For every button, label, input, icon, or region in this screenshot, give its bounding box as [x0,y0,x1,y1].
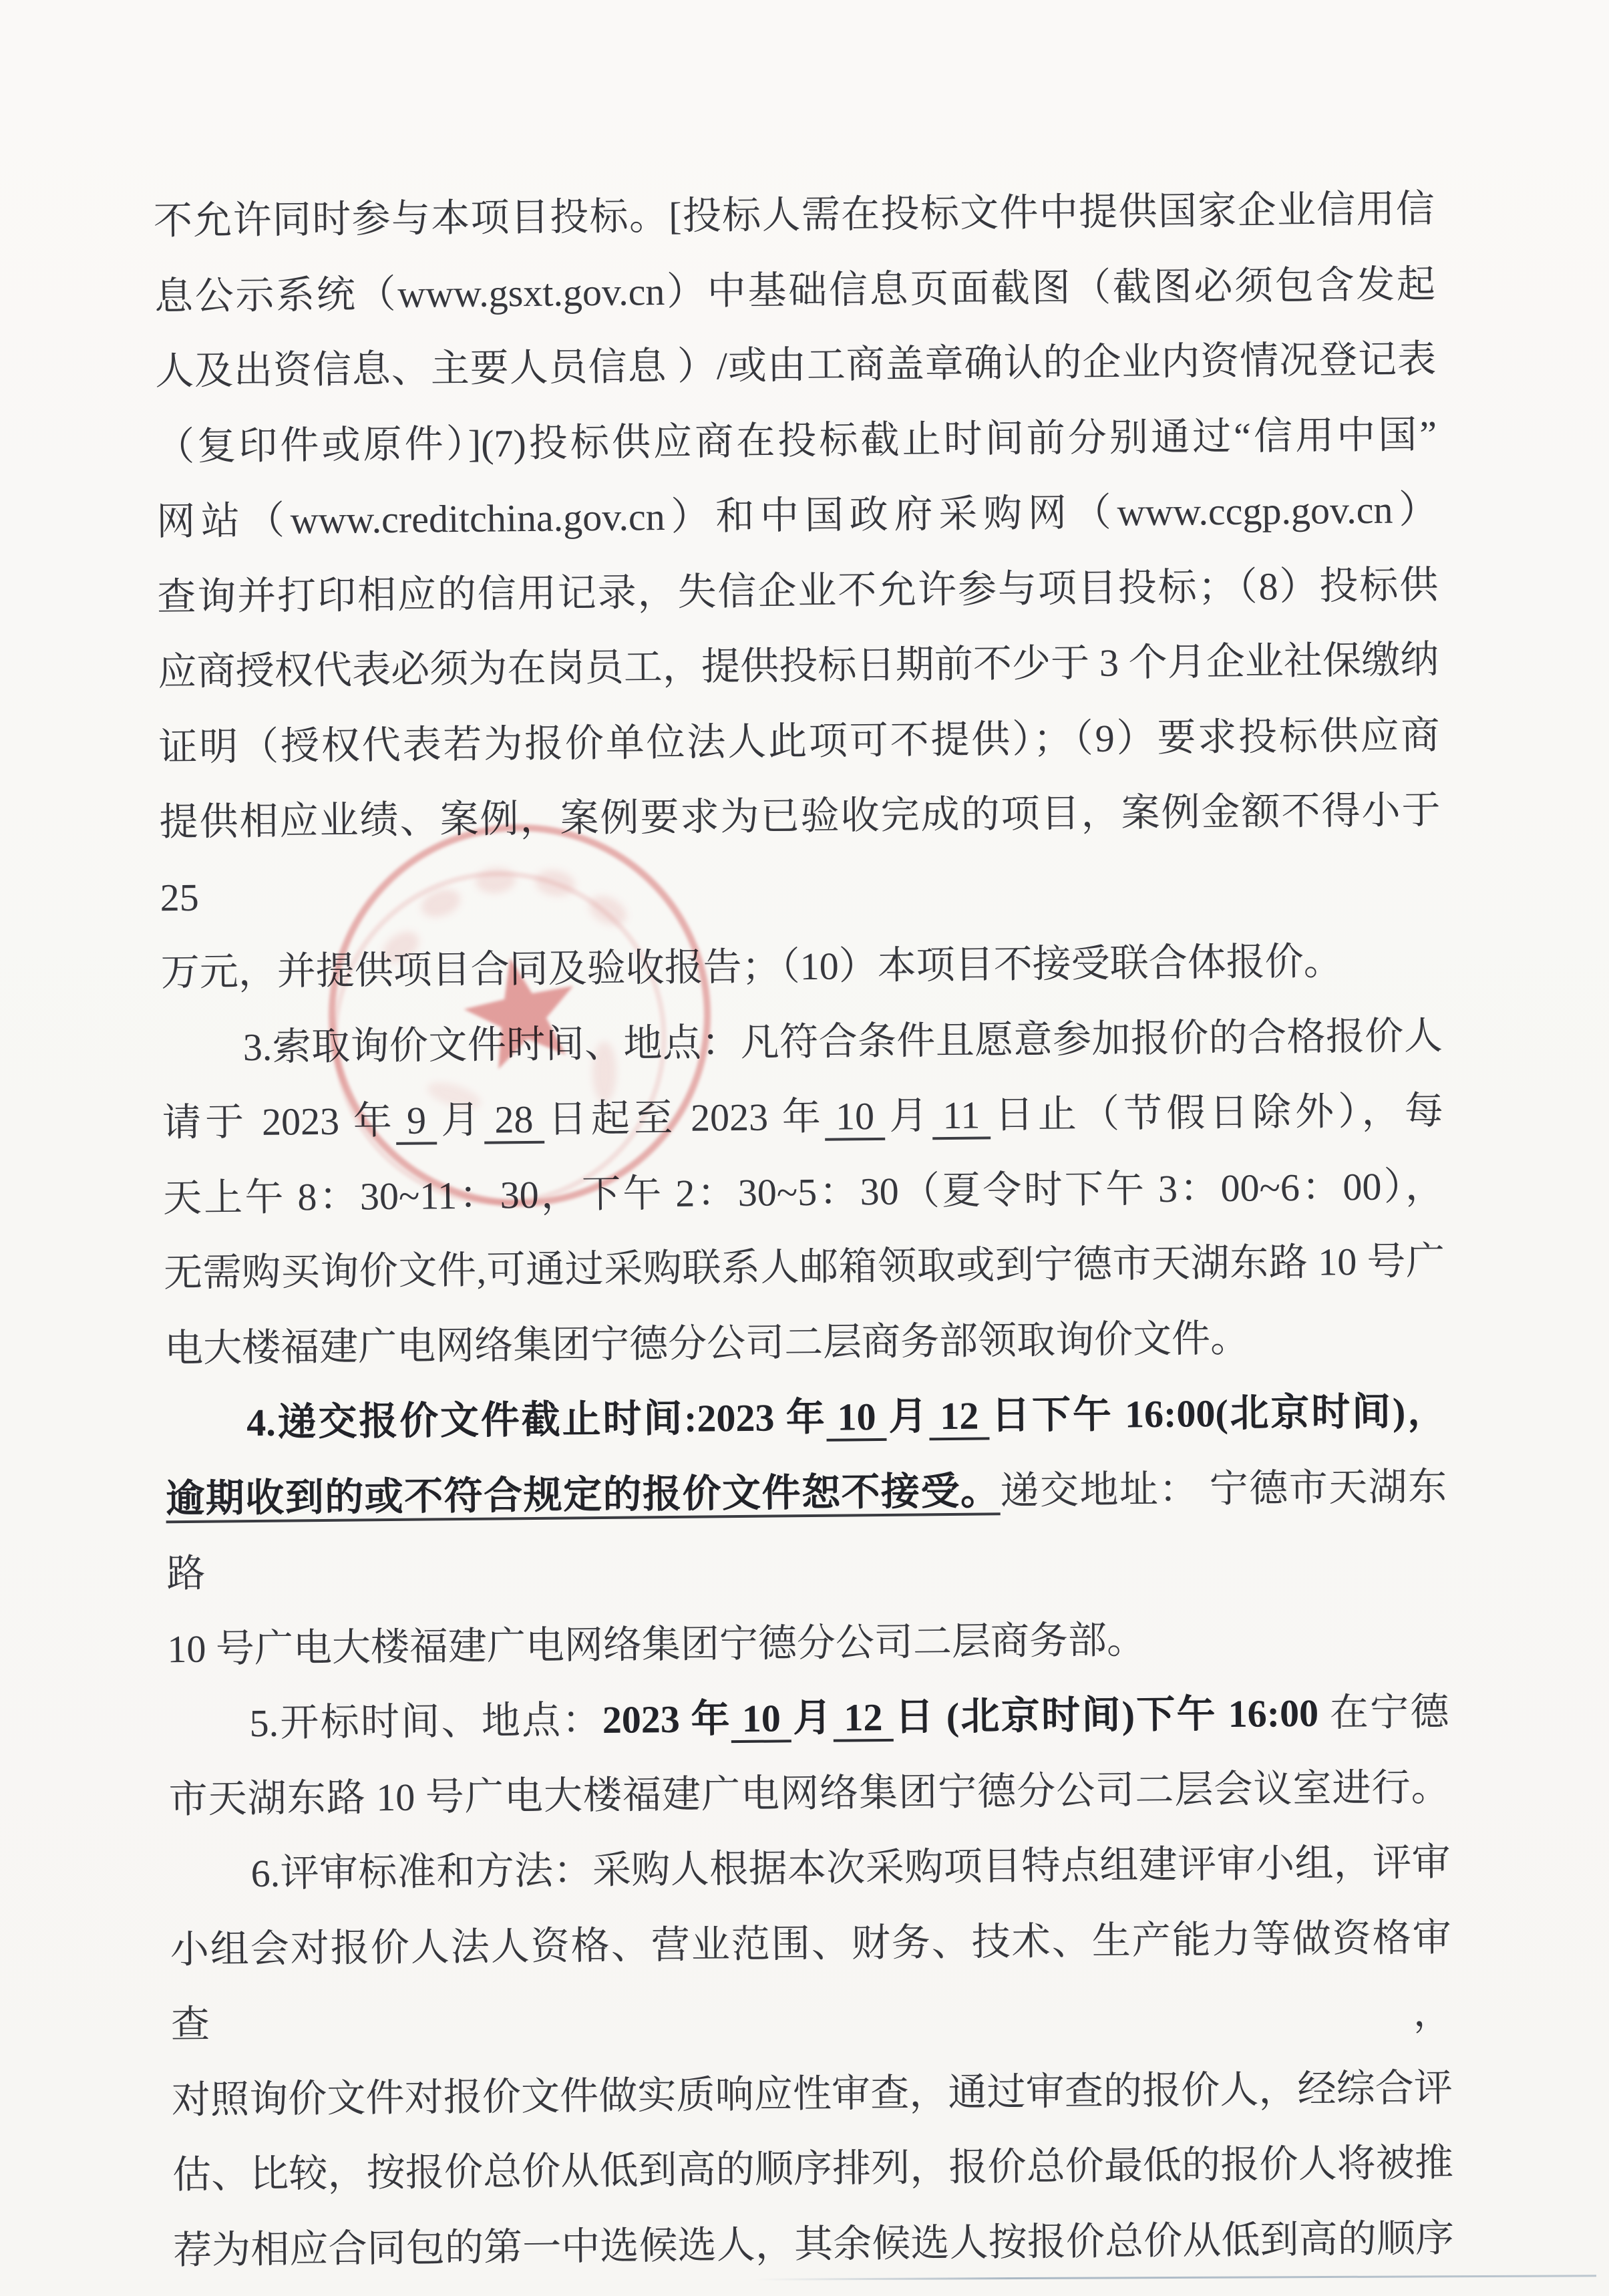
date-fill-blank: 9 [396,1098,437,1145]
text-segment: 小组会对报价人法人资格、营业范围、财务、技术、生产能力等做资格审查， [170,1915,1452,2046]
document-line: 荐为相应合同包的第一中选候选人，其余候选人按报价总价从低到高的顺序 [173,2200,1455,2288]
document-line: 人及出资信息、主要人员信息 ）/或由工商盖章确认的企业内资情况登记表 [155,322,1437,409]
document-line: 6.评审标准和方法：采购人根据本次采购项目特点组建评审小组，评审 [169,1825,1451,1913]
text-segment: 天上午 8：30~11：30，下午 2：30~5：30（夏令时下午 3：00~6… [163,1164,1445,1219]
document-line: 请于 2023 年9月28日起至 2023 年10月11日止（节假日除外），每 [162,1074,1443,1161]
text-segment: 月 [886,1394,929,1438]
text-segment: 月 [437,1098,484,1142]
document-line: 逾期收到的或不符合规定的报价文件恕不接受。递交地址： 宁德市天湖东路 [166,1449,1448,1611]
text-segment: 6.评审标准和方法：采购人根据本次采购项目特点组建评审小组，评审 [250,1840,1451,1895]
text-segment: 万元，并提供项目合同及验收报告；（10）本项目不接受联合体报价。 [160,939,1343,994]
text-segment: 逾期收到的或不符合规定的报价文件恕不接受。 [166,1469,1001,1520]
text-segment: 证明（授权代表若为报价单位法人此项可不提供）；（9）要求投标供应商 [158,713,1440,768]
text-segment: 3.索取询价文件时间、地点：凡符合条件且愿意参加报价的合格报价人 [243,1013,1443,1068]
document-line: 证明（授权代表若为报价单位法人此项可不提供）；（9）要求投标供应商 [158,697,1440,785]
text-segment: 荐为相应合同包的第一中选候选人，其余候选人按报价总价从低到高的顺序 [173,2216,1455,2271]
document-line: 网站（www.creditchina.gov.cn）和中国政府采购网（www.c… [156,472,1438,560]
text-segment: 市天湖东路 10 号广电大楼福建广电网络集团宁德分公司二层会议室进行。 [168,1765,1450,1820]
text-segment: 4.递交报价文件截止时间:2023 年 [246,1396,827,1444]
date-fill-blank: 10 [825,1094,886,1141]
date-fill-blank: 12 [833,1695,894,1742]
text-segment: 无需购买询价文件,可通过采购联系人邮箱领取或到宁德市天湖东路 10 号广 [164,1239,1445,1295]
text-segment: （复印件或原件）](7)投标供应商在投标截止时间前分别通过“信用中国” [156,412,1437,468]
text-segment: 估、比较，按报价总价从低到高的顺序排列，报价总价最低的报价人将被推 [172,2141,1454,2196]
document-line: 估、比较，按报价总价从低到高的顺序排列，报价总价最低的报价人将被推 [172,2126,1454,2213]
document-line: 息公示系统（www.gsxt.gov.cn）中基础信息页面截图（截图必须包含发起 [154,247,1436,334]
text-segment: 请于 2023 年 [162,1099,397,1144]
text-segment: 不允许同时参与本项目投标。[投标人需在投标文件中提供国家企业信用信 [154,187,1435,242]
text-segment: 日下午 16:00(北京时间)， [989,1389,1446,1438]
document-text: 不允许同时参与本项目投标。[投标人需在投标文件中提供国家企业信用信息公示系统（w… [153,172,1454,2288]
document-line: 市天湖东路 10 号广电大楼福建广电网络集团宁德分公司二层会议室进行。 [168,1750,1450,1837]
text-segment: 网站（www.creditchina.gov.cn）和中国政府采购网（www.c… [156,488,1438,543]
document-line: 无需购买询价文件,可通过采购联系人邮箱领取或到宁德市天湖东路 10 号广 [164,1224,1445,1311]
text-segment: 查询并打印相应的信用记录，失信企业不允许参与项目投标；（8）投标供 [157,562,1439,618]
document-line: 对照询价文件对报价文件做实质响应性审查，通过审查的报价人，经综合评 [171,2050,1453,2138]
document-line: （复印件或原件）](7)投标供应商在投标截止时间前分别通过“信用中国” [156,397,1437,484]
scanned-page: 不允许同时参与本项目投标。[投标人需在投标文件中提供国家企业信用信息公示系统（w… [0,0,1609,2296]
document-line: 5.开标时间、地点：2023 年10月12日 (北京时间)下午 16:00 在宁… [168,1675,1449,1762]
document-line: 电大楼福建广电网络集团宁德分公司二层商务部领取询价文件。 [164,1299,1446,1386]
text-segment: 日 (北京时间)下午 16:00 [893,1691,1318,1739]
date-fill-blank: 28 [484,1098,544,1144]
text-segment: 月 [791,1696,834,1740]
document-line: 小组会对报价人法人资格、营业范围、财务、技术、生产能力等做资格审查， [170,1900,1452,2062]
text-segment: 电大楼福建广电网络集团宁德分公司二层商务部领取询价文件。 [164,1316,1250,1370]
date-fill-blank: 11 [932,1093,991,1140]
text-segment: 月 [885,1094,932,1138]
document-line: 4.递交报价文件截止时间:2023 年10月12日下午 16:00(北京时间)， [165,1374,1447,1462]
text-segment: 10 号广电大楼福建广电网络集团宁德分公司二层商务部。 [167,1618,1145,1671]
text-segment: 提供相应业绩、案例，案例要求为已验收完成的项目，案例金额不得小于 25 [159,788,1441,919]
text-segment: 对照询价文件对报价文件做实质响应性审查，通过审查的报价人，经综合评 [172,2066,1453,2121]
document-line: 3.索取询价文件时间、地点：凡符合条件且愿意参加报价的合格报价人 [161,998,1443,1086]
date-fill-blank: 12 [929,1393,990,1440]
date-fill-blank: 10 [731,1696,792,1743]
document-line: 应商授权代表必须为在岗员工，提供投标日期前不少于 3 个月企业社保缴纳 [158,623,1439,710]
document-line: 不允许同时参与本项目投标。[投标人需在投标文件中提供国家企业信用信 [153,172,1435,259]
text-segment: 息公示系统（www.gsxt.gov.cn）中基础信息页面截图（截图必须包含发起 [154,262,1436,317]
text-segment: 日止（节假日除外），每 [991,1089,1443,1137]
document-line: 提供相应业绩、案例，案例要求为已验收完成的项目，案例金额不得小于 25 [159,773,1441,935]
text-segment: 人及出资信息、主要人员信息 ）/或由工商盖章确认的企业内资情况登记表 [155,337,1437,393]
document-line: 查询并打印相应的信用记录，失信企业不允许参与项目投标；（8）投标供 [157,547,1439,635]
document-line: 天上午 8：30~11：30，下午 2：30~5：30（夏令时下午 3：00~6… [162,1148,1444,1236]
document-line: 10 号广电大楼福建广电网络集团宁德分公司二层商务部。 [167,1599,1449,1687]
text-segment: 在宁德 [1318,1690,1449,1735]
text-segment: 日起至 2023 年 [544,1095,825,1141]
text-segment: 5.开标时间、地点： [249,1698,602,1745]
text-segment: 2023 年 [602,1697,731,1742]
document-line: 万元，并提供项目合同及验收报告；（10）本项目不接受联合体报价。 [160,923,1442,1011]
date-fill-blank: 10 [826,1395,887,1442]
text-segment: 应商授权代表必须为在岗员工，提供投标日期前不少于 3 个月企业社保缴纳 [158,638,1439,693]
